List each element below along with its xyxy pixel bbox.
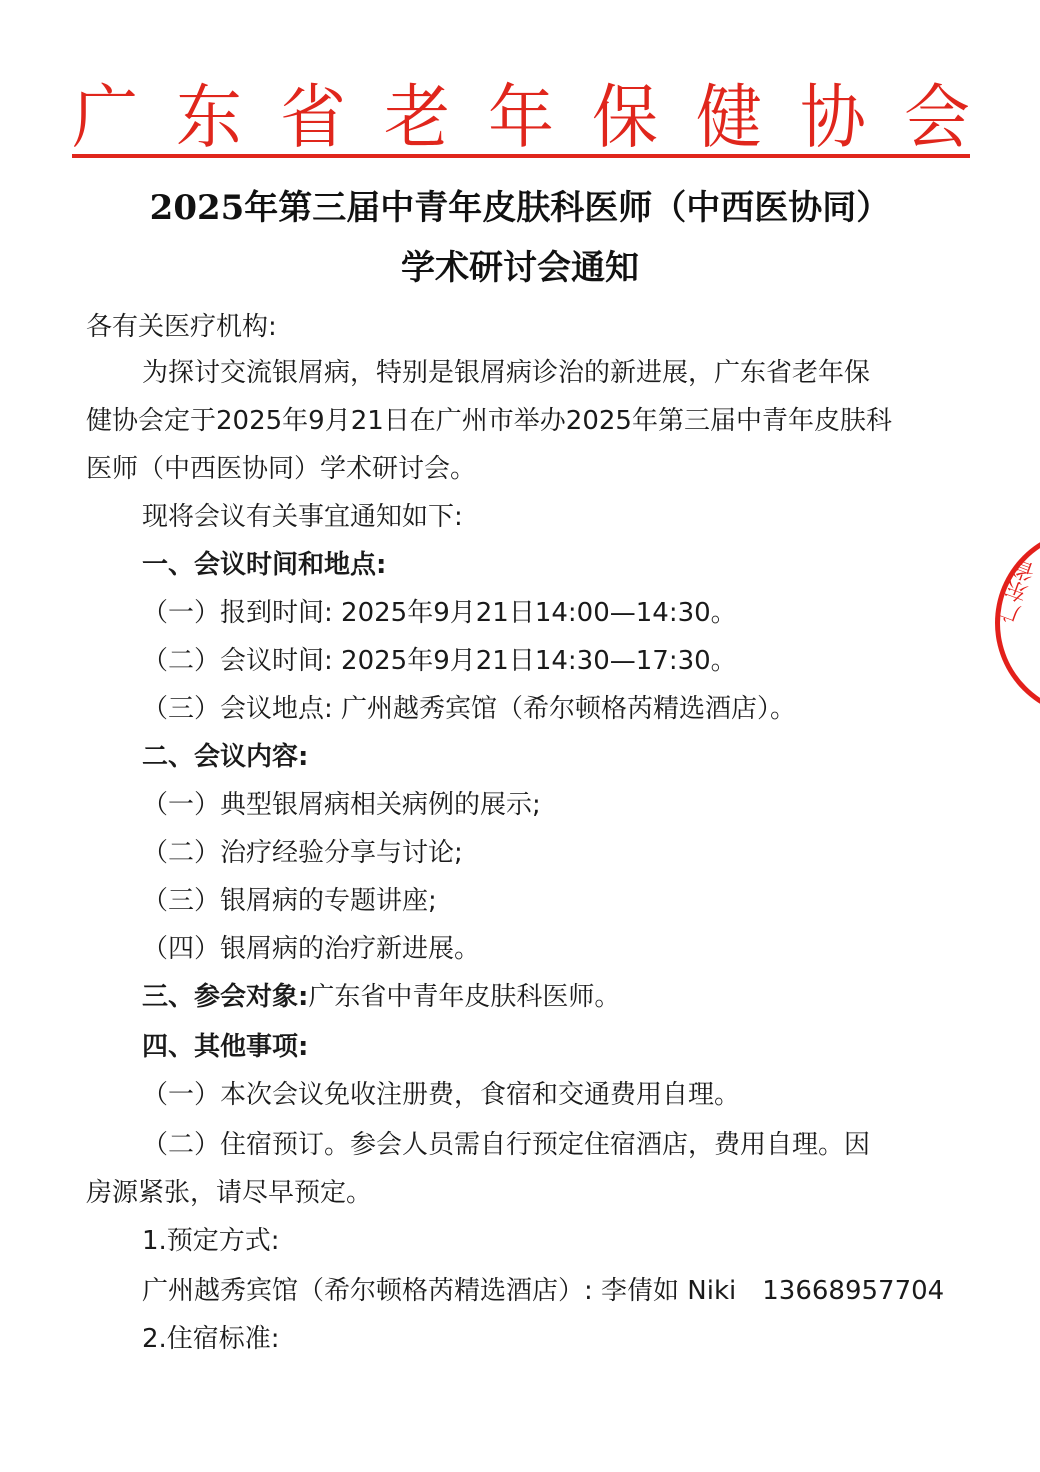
subsection-heading: 1.预定方式:: [142, 1224, 280, 1258]
booking-contact: 广州越秀宾馆（希尔顿格芮精选酒店）: 李倩如 Niki 13668957704: [142, 1274, 944, 1308]
org-name-char: 协: [800, 76, 866, 160]
section-3-row: 三、参会对象:广东省中青年皮肤科医师。: [142, 980, 620, 1014]
section-item: （二）住宿预订。参会人员需自行预定住宿酒店，费用自理。因: [142, 1128, 870, 1162]
section-item: （四）银屑病的治疗新进展。: [142, 932, 480, 966]
section-heading: 一、会议时间和地点:: [142, 548, 386, 582]
intro-paragraph-2: 现将会议有关事宜通知如下:: [142, 500, 463, 534]
intro-paragraph-line: 医师（中西医协同）学术研讨会。: [86, 452, 476, 486]
section-item: （二）会议时间: 2025年9月21日14:30—17:30。: [142, 644, 737, 678]
org-name-char: 老: [384, 76, 450, 160]
section-item: （一）本次会议免收注册费，食宿和交通费用自理。: [142, 1078, 740, 1112]
section-heading: 二、会议内容:: [142, 740, 308, 774]
org-name-char: 年: [488, 76, 554, 160]
intro-paragraph-line: 为探讨交流银屑病，特别是银屑病诊治的新进展，广东省老年保: [142, 356, 870, 390]
document-title-line2: 学术研讨会通知: [0, 240, 1040, 289]
org-name-char: 健: [696, 76, 762, 160]
section-heading: 三、参会对象:: [142, 982, 308, 1012]
section-heading: 四、其他事项:: [142, 1030, 308, 1064]
org-name-char: 广: [72, 76, 138, 160]
section-item: （三）会议地点: 广州越秀宾馆（希尔顿格芮精选酒店）。: [142, 692, 796, 726]
org-name-char: 东: [176, 76, 242, 160]
document-title-line1: 2025年第三届中青年皮肤科医师（中西医协同）: [0, 180, 1040, 229]
section-item: （三）银屑病的专题讲座;: [142, 884, 437, 918]
org-name: 广 东 省 老 年 保 健 协 会: [72, 78, 970, 158]
org-name-char: 保: [592, 76, 658, 160]
section-item: （二）治疗经验分享与讨论;: [142, 836, 463, 870]
org-name-char: 会: [904, 76, 970, 160]
section-item: （一）报到时间: 2025年9月21日14:00—14:30。: [142, 596, 737, 630]
section-item-continued: 房源紧张，请尽早预定。: [86, 1176, 372, 1210]
section-text: 广东省中青年皮肤科医师。: [308, 982, 620, 1012]
salutation: 各有关医疗机构:: [86, 310, 277, 344]
section-item: （一）典型银屑病相关病例的展示;: [142, 788, 541, 822]
subsection-heading: 2.住宿标准:: [142, 1322, 280, 1356]
letterhead-divider: [72, 154, 970, 158]
intro-paragraph-line: 健协会定于2025年9月21日在广州市举办2025年第三届中青年皮肤科: [86, 404, 892, 438]
org-name-char: 省: [280, 76, 346, 160]
